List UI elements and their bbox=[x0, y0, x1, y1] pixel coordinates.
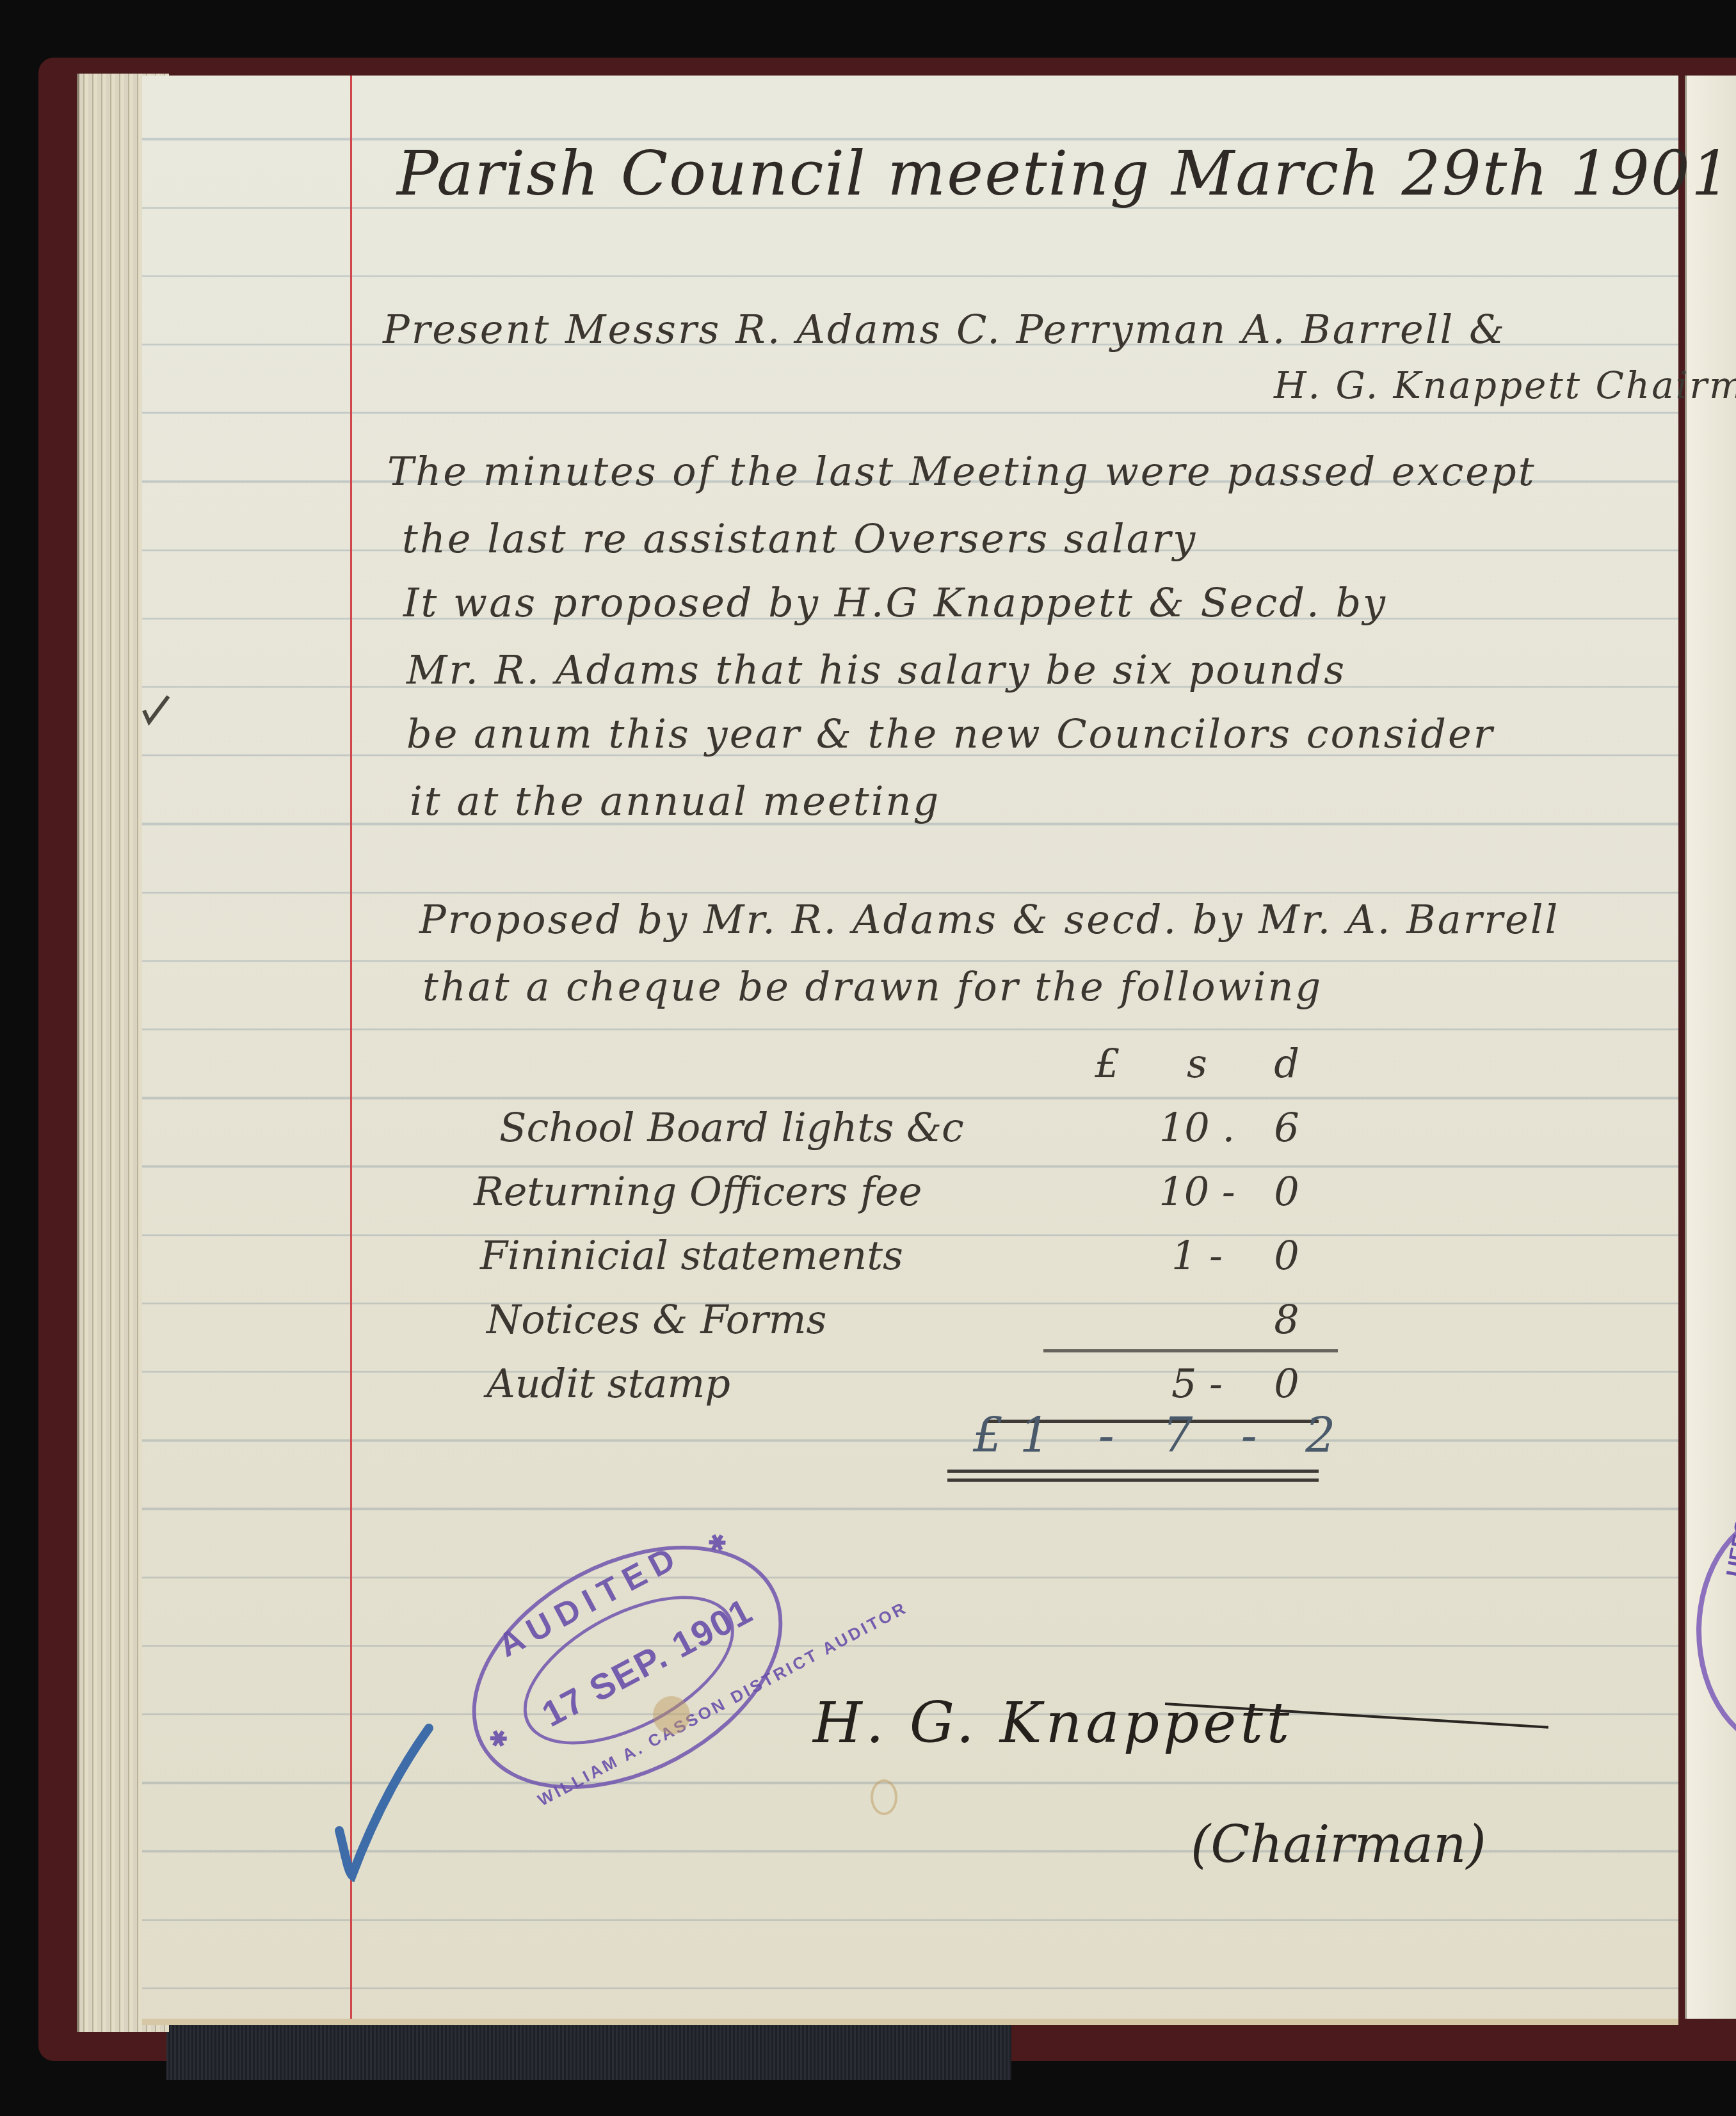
foxing-stain bbox=[871, 1779, 897, 1815]
minutes-line: Mr. R. Adams that his salary be six poun… bbox=[406, 646, 1346, 693]
pounds-header: £ bbox=[1069, 1040, 1146, 1087]
signature-role: (Chairman) bbox=[1191, 1815, 1486, 1874]
account-pence: 8 bbox=[1248, 1296, 1325, 1343]
account-item: Returning Officers fee bbox=[474, 1168, 922, 1215]
attendees-chairman: H. G. Knappett Chairman bbox=[1274, 364, 1736, 407]
proposal-line: that a cheque be drawn for the following bbox=[422, 963, 1322, 1010]
subtotal-rule bbox=[1043, 1349, 1338, 1352]
minutes-line: it at the annual meeting bbox=[410, 778, 940, 824]
account-row: School Board lights &c 10 . 6 bbox=[474, 1098, 1383, 1162]
total-double-rule bbox=[947, 1479, 1319, 1482]
account-item: Fininicial statements bbox=[480, 1232, 903, 1279]
minutes-line: The minutes of the last Meeting were pas… bbox=[387, 448, 1536, 495]
page-title: Parish Council meeting March 29th 1901. bbox=[397, 138, 1736, 209]
account-item: Notices & Forms bbox=[486, 1296, 826, 1343]
minutes-line: It was proposed by H.G Knappett & Secd. … bbox=[403, 579, 1387, 626]
attendees-line: Present Messrs R. Adams C. Perryman A. B… bbox=[383, 306, 1506, 353]
account-pence: 6 bbox=[1248, 1104, 1325, 1151]
account-item: Audit stamp bbox=[486, 1360, 730, 1407]
pence-header: d bbox=[1248, 1040, 1325, 1087]
accounts-table: £ s d School Board lights &c 10 . 6 Retu… bbox=[474, 1034, 1383, 1418]
total-amount: £1 - 7 - 2 bbox=[973, 1408, 1352, 1463]
checkmark-icon bbox=[138, 691, 176, 730]
book-spine-cloth bbox=[166, 2023, 1011, 2080]
shillings-header: s bbox=[1159, 1040, 1235, 1087]
proposal-line: Proposed by Mr. R. Adams & secd. by Mr. … bbox=[419, 896, 1559, 943]
account-pence: 0 bbox=[1248, 1168, 1325, 1215]
account-row: Fininicial statements 1 - 0 bbox=[474, 1226, 1383, 1290]
account-pence: 0 bbox=[1248, 1360, 1325, 1407]
account-item: School Board lights &c bbox=[499, 1104, 964, 1151]
account-shillings: 1 - bbox=[1159, 1232, 1235, 1279]
account-pence: 0 bbox=[1248, 1232, 1325, 1279]
minutes-line: be anum this year & the new Councilors c… bbox=[406, 710, 1494, 757]
account-row: Notices & Forms 8 bbox=[474, 1290, 1383, 1354]
account-shillings: 10 . bbox=[1159, 1104, 1235, 1151]
foxing-stain bbox=[653, 1696, 690, 1735]
account-row: Returning Officers fee 10 - 0 bbox=[474, 1162, 1383, 1226]
accounts-header: £ s d bbox=[474, 1034, 1383, 1098]
checkmark-icon bbox=[326, 1715, 442, 1882]
chairman-signature: H. G. Knappett bbox=[813, 1690, 1293, 1756]
account-shillings: 10 - bbox=[1159, 1168, 1235, 1215]
total-double-rule bbox=[947, 1470, 1319, 1473]
account-shillings: 5 - bbox=[1159, 1360, 1235, 1407]
minutes-line: the last re assistant Oversers salary bbox=[402, 515, 1197, 562]
